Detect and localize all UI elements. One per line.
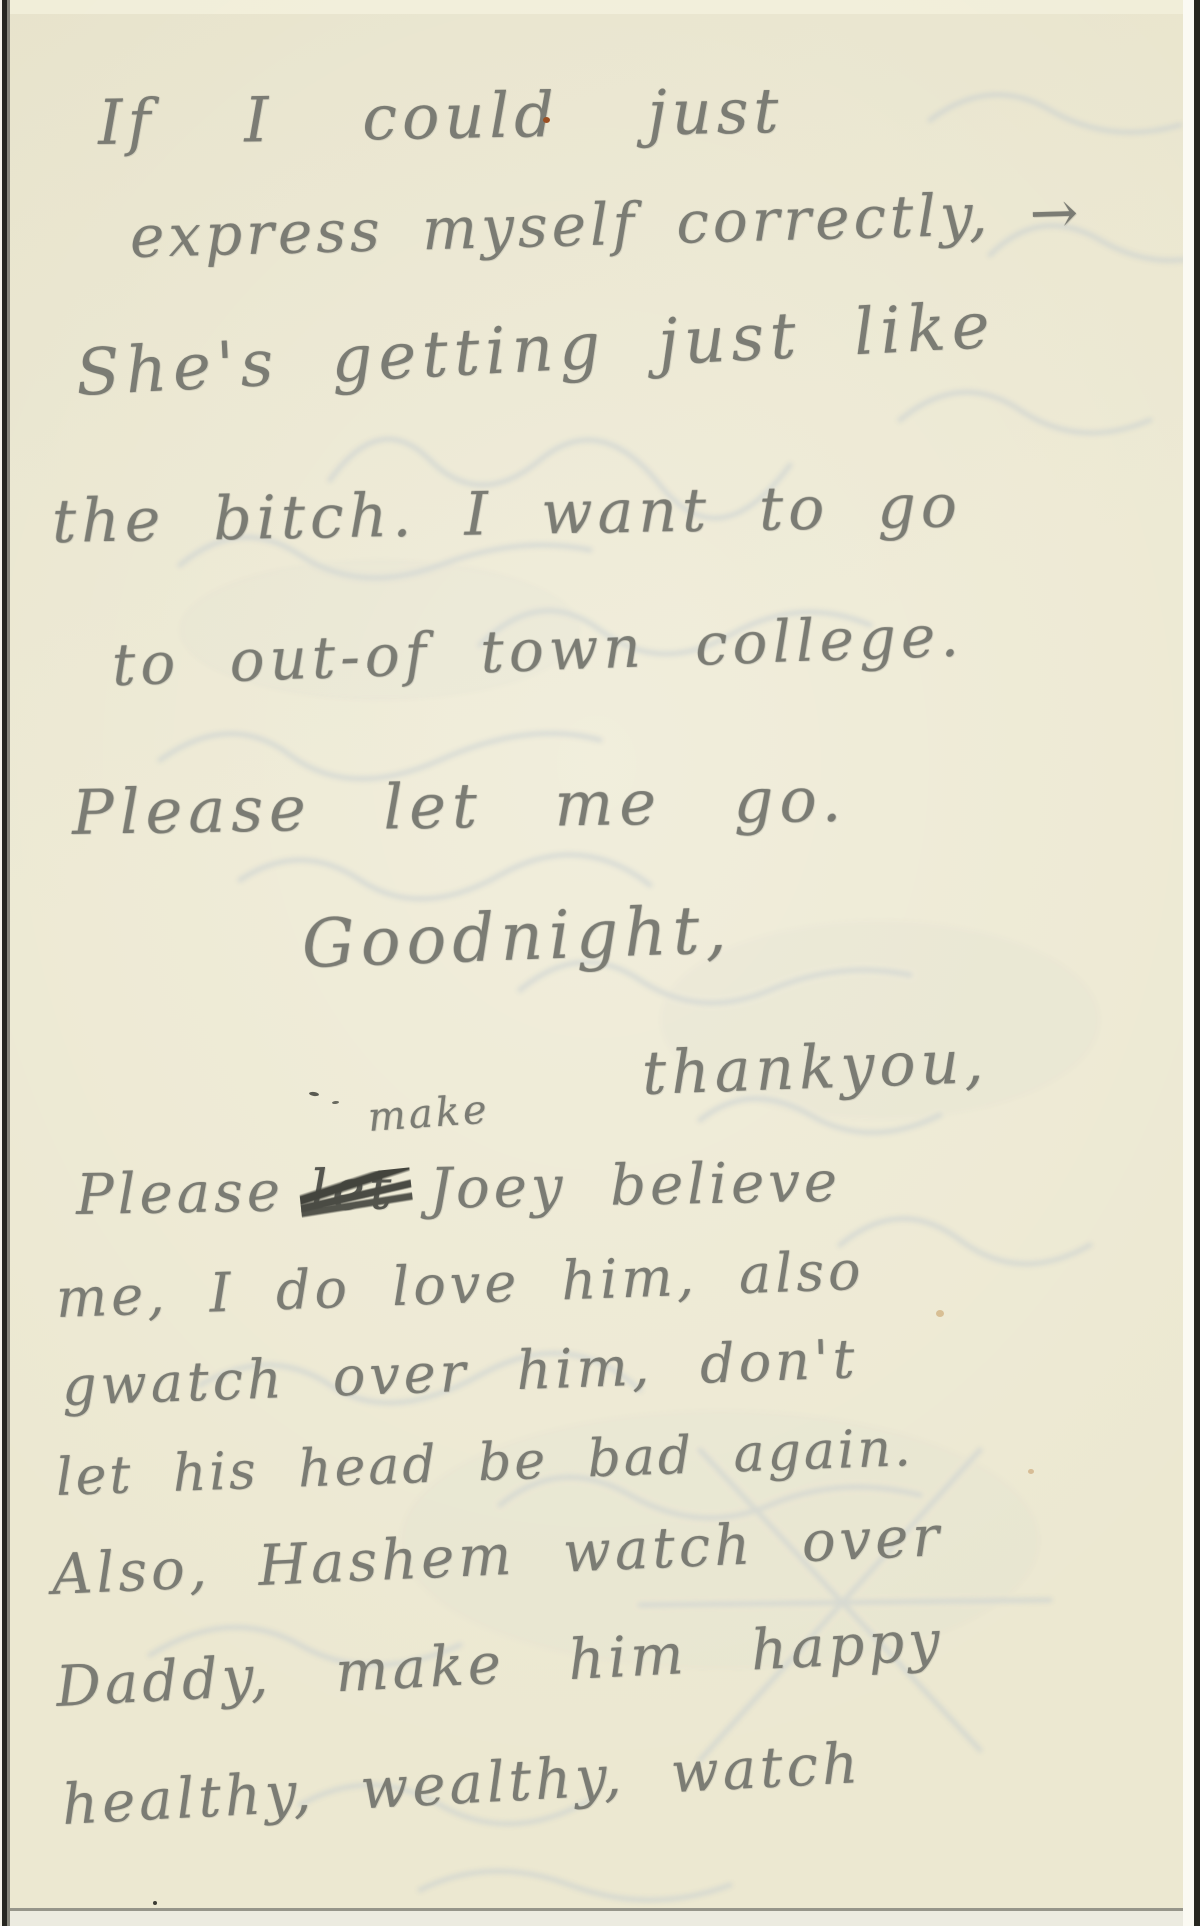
scanned-letter: { "document": { "kind": "handwritten let…: [0, 0, 1200, 1926]
paper-stain: [936, 1310, 944, 1317]
handwritten-line-thankyou: thankyou,: [641, 1032, 989, 1104]
line-9-before: Please: [75, 1159, 284, 1228]
scan-edge-right: [1183, 0, 1200, 1926]
paper-speck: [543, 117, 550, 123]
inserted-word-above-crossout: make: [367, 1090, 491, 1138]
handwritten-line-9-with-crossout: PleaseletJoey believe: [76, 1155, 842, 1224]
line-9-after: Joey believe: [429, 1150, 842, 1222]
paper-speck: [153, 1901, 157, 1905]
scan-edge-left: [0, 0, 10, 1926]
handwritten-line-4: the bitch. I want to go: [51, 476, 962, 552]
crossed-out-word: let: [309, 1162, 396, 1219]
handwritten-line-1: If I could just: [97, 80, 783, 154]
handwritten-line-6: Please let me go.: [71, 768, 847, 844]
handwritten-line-goodnight: Goodnight,: [301, 897, 733, 978]
scan-edge-bottom: [0, 1908, 1200, 1926]
paper-stain: [1028, 1469, 1034, 1474]
